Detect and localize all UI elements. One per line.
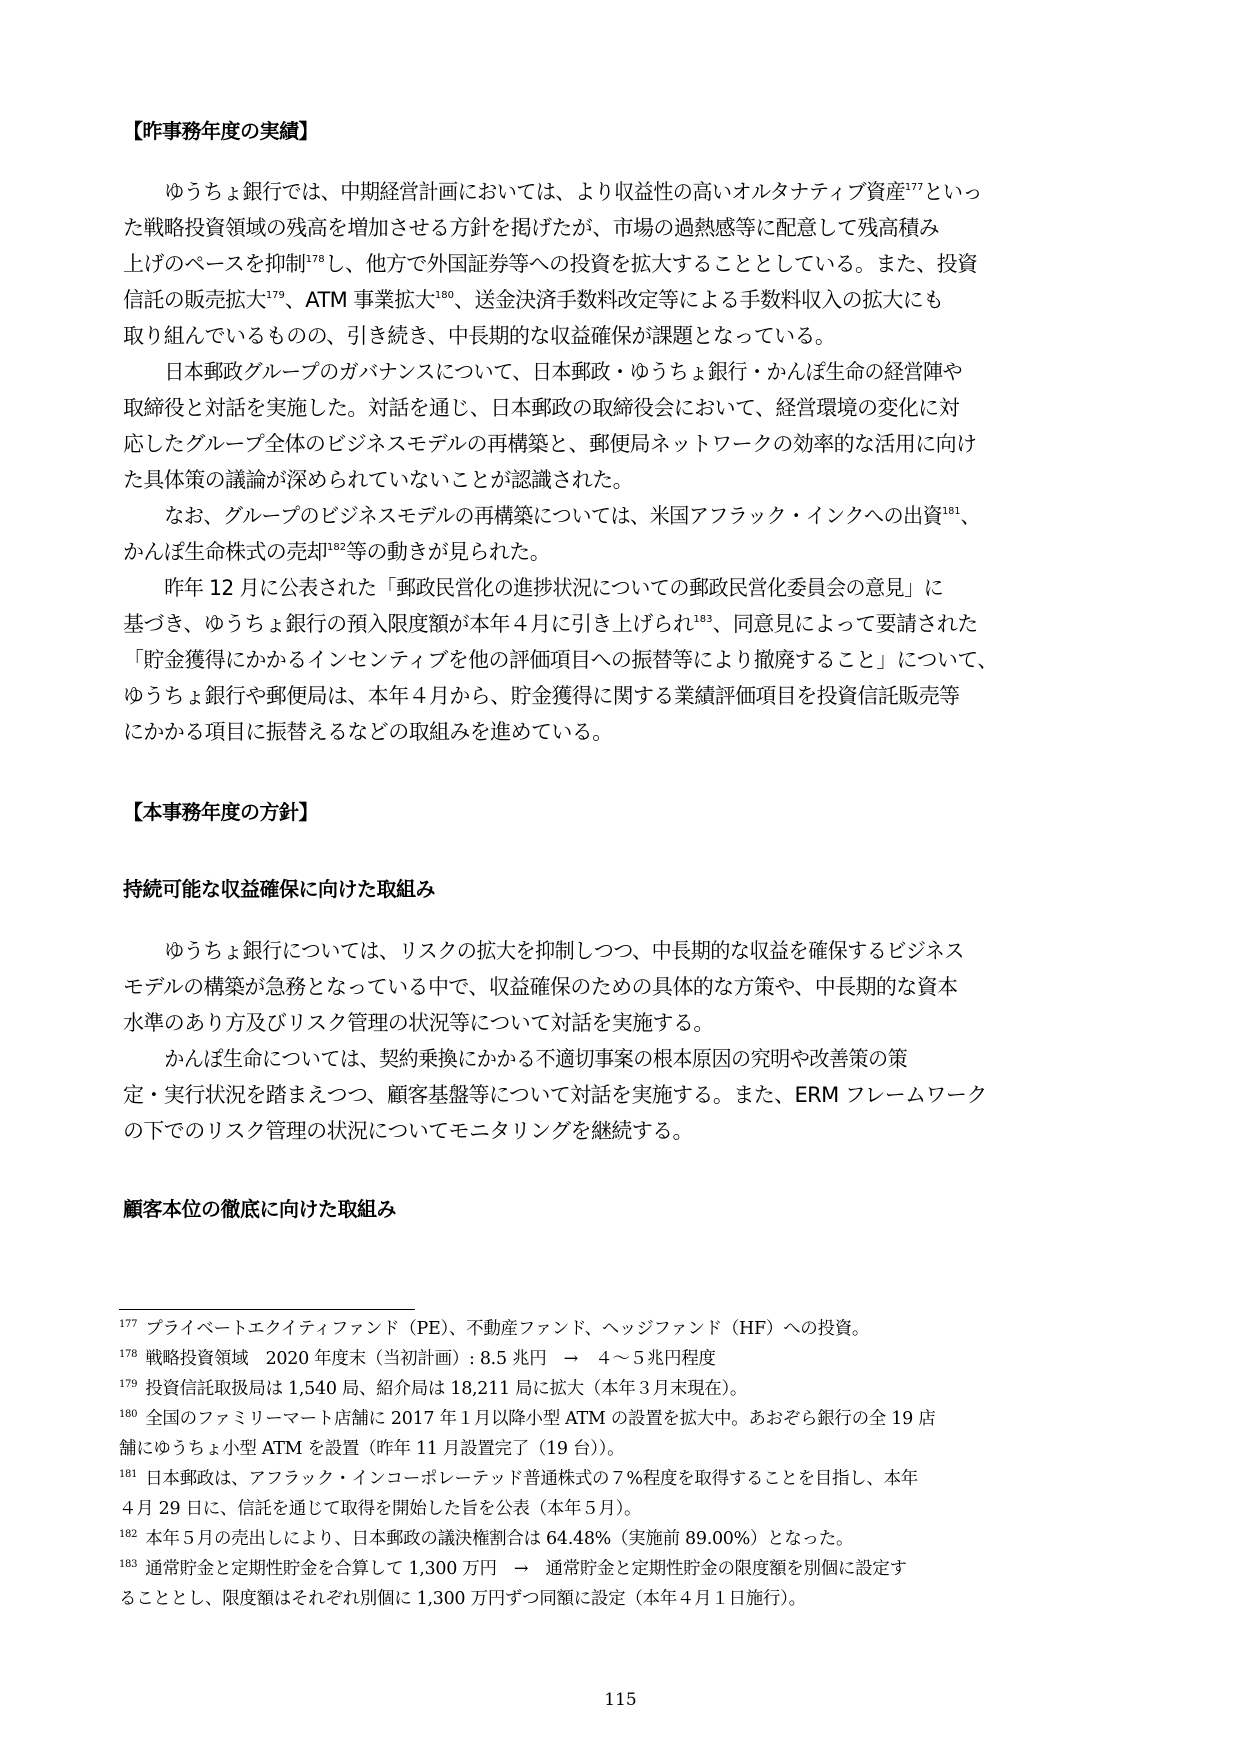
footnote-179: 179投資信託取扱局は 1,540 局、紹介局は 18,211 局に拡大（本年３…	[119, 1375, 747, 1400]
paragraph-line: 信託の販売拡大179、ATM 事業拡大180、送金決済手数料改定等による手数料収…	[123, 284, 1123, 314]
paragraph-line: 定・実行状況を踏まえつつ、顧客基盤等について対話を実施する。また、ERM フレー…	[123, 1079, 1123, 1109]
footnote-181-cont: ４月 29 日に、信託を通じて取得を開始した旨を公表（本年５月）。	[119, 1495, 641, 1520]
footnote-177: 177プライベートエクイティファンド（PE）、不動産ファンド、ヘッジファンド（H…	[119, 1315, 869, 1340]
document-page: 【昨事務年度の実績】 ゆうちょ銀行では、中期経営計画においては、より収益性の高い…	[0, 0, 1241, 1754]
paragraph-line: の下でのリスク管理の状況についてモニタリングを継続する。	[123, 1115, 1123, 1145]
footnote-divider	[119, 1309, 415, 1310]
paragraph-line: 「貯金獲得にかかるインセンティブを他の評価項目への振替等により撤廃すること」につ…	[123, 644, 1123, 674]
footnote-ref-178[interactable]: 178	[306, 254, 325, 265]
paragraph-line: ゆうちょ銀行では、中期経営計画においては、より収益性の高いオルタナティブ資産17…	[123, 176, 1123, 206]
subheading-customer-first: 顧客本位の徹底に向けた取組み	[123, 1193, 396, 1222]
paragraph-line: 上げのペースを抑制178し、他方で外国証券等への投資を拡大することとしている。ま…	[123, 248, 1123, 278]
section-heading-this-year-policy: 【本事務年度の方針】	[123, 796, 318, 825]
paragraph-line: 応したグループ全体のビジネスモデルの再構築と、郵便局ネットワークの効率的な活用に…	[123, 428, 1123, 458]
section-heading-past-results: 【昨事務年度の実績】	[123, 115, 318, 144]
paragraph-line: 取り組んでいるものの、引き続き、中長期的な収益確保が課題となっている。	[123, 320, 1123, 350]
paragraph-line: ゆうちょ銀行については、リスクの拡大を抑制しつつ、中長期的な収益を確保するビジネ…	[123, 935, 1123, 965]
subheading-sustainable-profit: 持続可能な収益確保に向けた取組み	[123, 873, 435, 902]
paragraph-line: モデルの構築が急務となっている中で、収益確保のための具体的な方策や、中長期的な資…	[123, 971, 1123, 1001]
footnote-181: 181日本郵政は、アフラック・インコーポレーテッド普通株式の７%程度を取得するこ…	[119, 1465, 918, 1490]
paragraph-line: た具体策の議論が深められていないことが認識された。	[123, 464, 1123, 494]
footnote-183-cont: ることとし、限度額はそれぞれ別個に 1,300 万円ずつ同額に設定（本年４月１日…	[119, 1585, 806, 1610]
paragraph-line: 水準のあり方及びリスク管理の状況等について対話を実施する。	[123, 1007, 1123, 1037]
paragraph-line: た戦略投資領域の残高を増加させる方針を掲げたが、市場の過熱感等に配意して残高積み	[123, 212, 1123, 242]
footnote-183: 183通常貯金と定期性貯金を合算して 1,300 万円 → 通常貯金と定期性貯金…	[119, 1555, 907, 1580]
footnote-180: 180全国のファミリーマート店舗に 2017 年１月以降小型 ATM の設置を拡…	[119, 1405, 935, 1430]
paragraph-line: 取締役と対話を実施した。対話を通じ、日本郵政の取締役会において、経営環境の変化に…	[123, 392, 1123, 422]
footnote-ref-179[interactable]: 179	[266, 290, 285, 301]
footnote-182: 182本年５月の売出しにより、日本郵政の議決権割合は 64.48%（実施前 89…	[119, 1525, 853, 1550]
paragraph-line: ゆうちょ銀行や郵便局は、本年４月から、貯金獲得に関する業績評価項目を投資信託販売…	[123, 680, 1123, 710]
paragraph-line: かんぽ生命株式の売却182等の動きが見られた。	[123, 536, 1123, 566]
paragraph-line: 基づき、ゆうちょ銀行の預入限度額が本年４月に引き上げられ183、同意見によって要…	[123, 608, 1123, 638]
footnote-ref-177[interactable]: 177	[905, 182, 923, 193]
footnote-178: 178戦略投資領域 2020 年度末（当初計画）: 8.5 兆円 → ４～５兆円…	[119, 1345, 716, 1370]
paragraph-line: なお、グループのビジネスモデルの再構築については、米国アフラック・インクへの出資…	[123, 500, 1123, 530]
footnote-ref-183[interactable]: 183	[693, 614, 712, 625]
page-number: 115	[0, 1690, 1241, 1710]
footnote-180-cont: 舗にゆうちょ小型 ATM を設置（昨年 11 月設置完了（19 台））。	[119, 1435, 624, 1460]
paragraph-line: にかかる項目に振替えるなどの取組みを進めている。	[123, 716, 1123, 746]
paragraph-line: かんぽ生命については、契約乗換にかかる不適切事案の根本原因の究明や改善策の策	[123, 1043, 1123, 1073]
paragraph-line: 日本郵政グループのガバナンスについて、日本郵政・ゆうちょ銀行・かんぽ生命の経営陣…	[123, 356, 1123, 386]
footnote-ref-180[interactable]: 180	[435, 290, 454, 301]
footnote-ref-181[interactable]: 181	[942, 506, 960, 517]
paragraph-line: 昨年 12 月に公表された「郵政民営化の進捗状況についての郵政民営化委員会の意見…	[123, 572, 1123, 602]
footnote-ref-182[interactable]: 182	[327, 542, 346, 553]
